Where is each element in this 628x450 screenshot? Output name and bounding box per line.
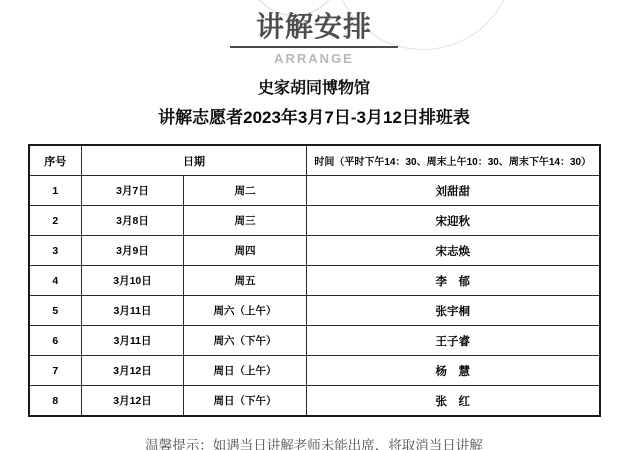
- column-header-date: 日期: [82, 145, 307, 176]
- museum-name: 史家胡同博物馆: [0, 80, 628, 98]
- cell-date: 3月11日: [82, 326, 184, 356]
- cell-weekday: 周六（上午）: [184, 296, 307, 326]
- cell-no: 1: [29, 176, 82, 206]
- table-row: 6 3月11日 周六（下午） 王子睿: [29, 326, 600, 356]
- table-header-row: 序号 日期 时间（平时下午14：30、周末上午10：30、周末下午14：30）: [29, 145, 600, 176]
- cell-no: 6: [29, 326, 82, 356]
- table-row: 4 3月10日 周五 李 郁: [29, 266, 600, 296]
- table-row: 7 3月12日 周日（上午） 杨 慧: [29, 356, 600, 386]
- notice-text: 温馨提示：如遇当日讲解老师未能出席，将取消当日讲解: [0, 434, 628, 450]
- cell-no: 3: [29, 236, 82, 266]
- cell-date: 3月9日: [82, 236, 184, 266]
- cell-name: 张 红: [307, 386, 600, 417]
- cell-date: 3月7日: [82, 176, 184, 206]
- cell-weekday: 周日（上午）: [184, 356, 307, 386]
- schedule-table-body: 1 3月7日 周二 刘甜甜 2 3月8日 周三 宋迎秋 3 3月9日 周四 宋志…: [29, 176, 600, 417]
- cell-no: 8: [29, 386, 82, 417]
- table-row: 5 3月11日 周六（上午） 张宇桐: [29, 296, 600, 326]
- cell-name: 李 郁: [307, 266, 600, 296]
- table-row: 1 3月7日 周二 刘甜甜: [29, 176, 600, 206]
- table-row: 2 3月8日 周三 宋迎秋: [29, 206, 600, 236]
- cell-weekday: 周二: [184, 176, 307, 206]
- document-header: 讲解安排 ARRANGE: [0, 0, 628, 66]
- cell-date: 3月10日: [82, 266, 184, 296]
- cell-weekday: 周五: [184, 266, 307, 296]
- cell-name: 王子睿: [307, 326, 600, 356]
- cell-name: 杨 慧: [307, 356, 600, 386]
- page-title: 讲解安排: [0, 12, 628, 42]
- cell-date: 3月12日: [82, 356, 184, 386]
- schedule-title: 讲解志愿者2023年3月7日-3月12日排班表: [0, 108, 628, 128]
- cell-name: 刘甜甜: [307, 176, 600, 206]
- table-row: 8 3月12日 周日（下午） 张 红: [29, 386, 600, 417]
- cell-weekday: 周日（下午）: [184, 386, 307, 417]
- column-header-no: 序号: [29, 145, 82, 176]
- cell-name: 宋志焕: [307, 236, 600, 266]
- cell-no: 2: [29, 206, 82, 236]
- cell-name: 宋迎秋: [307, 206, 600, 236]
- cell-date: 3月11日: [82, 296, 184, 326]
- cell-name: 张宇桐: [307, 296, 600, 326]
- cell-weekday: 周三: [184, 206, 307, 236]
- table-row: 3 3月9日 周四 宋志焕: [29, 236, 600, 266]
- column-header-time: 时间（平时下午14：30、周末上午10：30、周末下午14：30）: [307, 145, 600, 176]
- cell-no: 4: [29, 266, 82, 296]
- cell-date: 3月12日: [82, 386, 184, 417]
- cell-weekday: 周四: [184, 236, 307, 266]
- cell-date: 3月8日: [82, 206, 184, 236]
- cell-no: 7: [29, 356, 82, 386]
- title-underline: [230, 46, 398, 48]
- cell-no: 5: [29, 296, 82, 326]
- cell-weekday: 周六（下午）: [184, 326, 307, 356]
- schedule-document: 讲解安排 ARRANGE 史家胡同博物馆 讲解志愿者2023年3月7日-3月12…: [0, 0, 628, 450]
- schedule-table: 序号 日期 时间（平时下午14：30、周末上午10：30、周末下午14：30） …: [28, 144, 601, 417]
- page-subtitle: ARRANGE: [0, 51, 628, 66]
